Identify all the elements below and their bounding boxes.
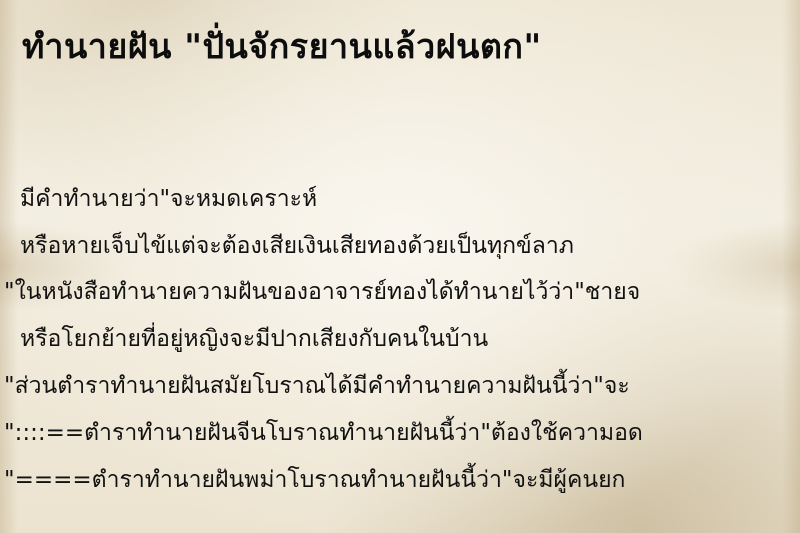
text-line-1: มีคำทำนายว่า"จะหมดเคราะห์ <box>20 183 317 215</box>
text-line-6: "::::==ตำราทำนายฝันจีนโบราณทำนายฝันนี้ว่… <box>4 417 643 449</box>
text-line-7: "====ตำราทำนายฝันพม่าโบราณทำนายฝันนี้ว่า… <box>4 464 625 496</box>
page-title: ทำนายฝัน "ปั่นจักรยานแล้วฝนตก" <box>22 14 542 80</box>
text-line-2: หรือหายเจ็บไข้แต่จะต้องเสียเงินเสียทองด้… <box>20 230 574 262</box>
paper-edge-right <box>782 0 800 533</box>
text-line-5: "ส่วนตำราทำนายฝันสมัยโบราณได้มีคำทำนายคว… <box>4 370 630 402</box>
text-line-4: หรือโยกย้ายที่อยู่หญิงจะมีปากเสียงกับคนใ… <box>20 323 488 355</box>
paper-edge-left <box>0 0 18 533</box>
text-line-3: "ในหนังสือทำนายความฝันของอาจารย์ทองได้ทำ… <box>4 276 640 308</box>
